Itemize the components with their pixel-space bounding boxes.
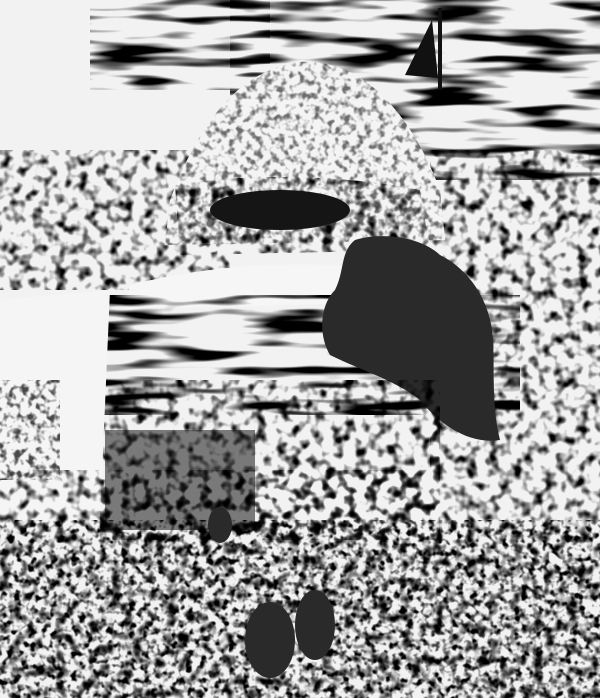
foreground-dark-blob [208, 507, 232, 543]
halftone-photograph [0, 0, 600, 698]
photo-scene [0, 0, 600, 698]
foreground-dark-blob [295, 590, 335, 660]
foreground-dark-blob [245, 602, 295, 678]
dome-window [210, 190, 350, 230]
left-wall-texture [0, 380, 60, 480]
background-texture-top-left [90, 0, 270, 90]
